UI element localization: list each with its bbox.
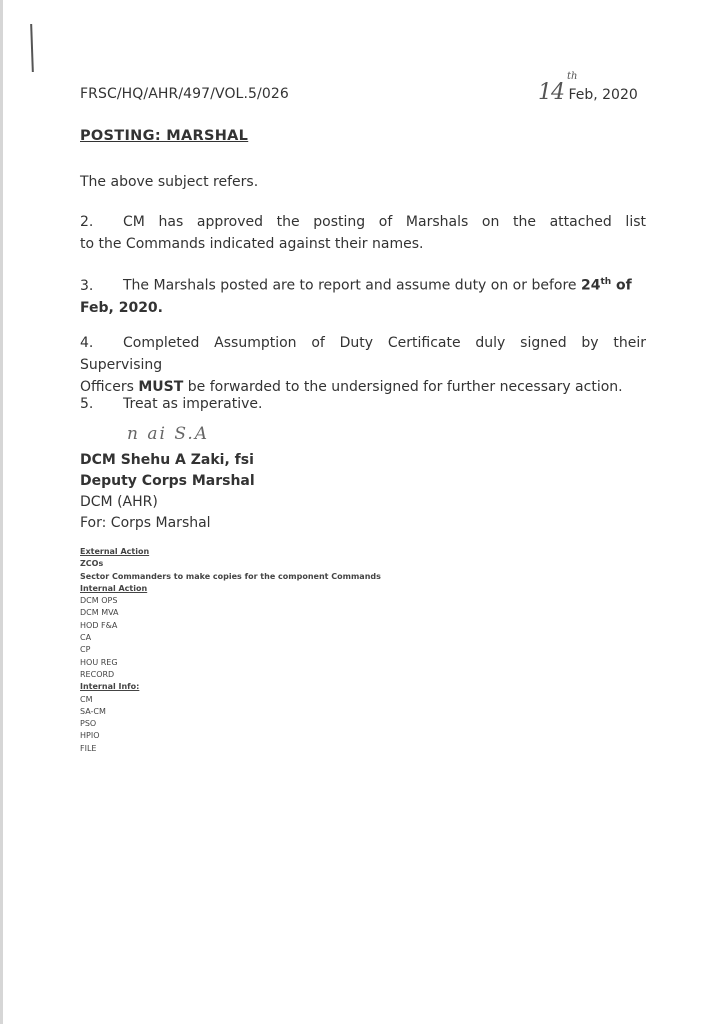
reference-number: FRSC/HQ/AHR/497/VOL.5/026	[80, 86, 289, 102]
paragraph-text: Treat as imperative.	[123, 396, 263, 412]
distribution-item: DCM MVA	[80, 607, 381, 619]
distribution-item: RECORD	[80, 669, 381, 681]
distribution-item: DCM OPS	[80, 595, 381, 607]
scan-mark	[30, 24, 34, 72]
paragraph-number: 3.	[80, 275, 123, 297]
distribution-heading-external: External Action	[80, 546, 381, 558]
distribution-item: HOD F&A	[80, 620, 381, 632]
scan-edge	[0, 0, 3, 1024]
distribution-heading-internal-info: Internal Info:	[80, 681, 381, 693]
subject-heading: POSTING: MARSHAL	[80, 128, 248, 144]
date-day-handwritten: 14	[538, 80, 564, 105]
distribution-item: PSO	[80, 718, 381, 730]
paragraph-text: The above subject refers.	[80, 174, 258, 190]
distribution-item: CA	[80, 632, 381, 644]
paragraph-3: 3.The Marshals posted are to report and …	[80, 271, 646, 319]
paragraph-1: The above subject refers.	[80, 171, 646, 193]
paragraph-5: 5.Treat as imperative.	[80, 393, 646, 415]
deadline-month-year: Feb, 2020.	[80, 300, 163, 316]
signatory-rank: Deputy Corps Marshal	[80, 471, 255, 492]
paragraph-4: 4.Completed Assumption of Duty Certifica…	[80, 332, 646, 398]
letter-date: 14 th Feb, 2020	[538, 80, 638, 105]
handwritten-signature: n ai S.A	[127, 424, 209, 444]
distribution-item: SA-CM	[80, 706, 381, 718]
paragraph-number: 4.	[80, 332, 123, 354]
paragraph-text: Completed Assumption of Duty Certificate…	[80, 335, 646, 373]
distribution-item: HPIO	[80, 730, 381, 742]
distribution-item: CP	[80, 644, 381, 656]
deadline-day: 24	[581, 278, 600, 294]
distribution-item: ZCOs	[80, 558, 381, 570]
distribution-item: FILE	[80, 743, 381, 755]
paragraph-text: CM has approved the posting of Marshals …	[123, 214, 646, 230]
signatory-for: For: Corps Marshal	[80, 513, 255, 534]
paragraph-text: The Marshals posted are to report and as…	[123, 278, 581, 294]
distribution-heading-internal-action: Internal Action	[80, 583, 381, 595]
date-month-year: Feb, 2020	[568, 87, 637, 103]
paragraph-line: 2.CM has approved the posting of Marshal…	[80, 211, 646, 233]
signatory-office: DCM (AHR)	[80, 492, 255, 513]
paragraph-line: 4.Completed Assumption of Duty Certifica…	[80, 332, 646, 376]
signatory-block: DCM Shehu A Zaki, fsi Deputy Corps Marsh…	[80, 450, 255, 534]
paragraph-2: 2.CM has approved the posting of Marshal…	[80, 211, 646, 255]
distribution-item: HOU REG	[80, 657, 381, 669]
distribution-list: External Action ZCOs Sector Commanders t…	[80, 546, 381, 755]
paragraph-number: 2.	[80, 211, 123, 233]
distribution-item: CM	[80, 694, 381, 706]
paragraph-text: to the Commands indicated against their …	[80, 236, 423, 252]
date-day-suffix: th	[567, 71, 577, 82]
paragraph-number: 5.	[80, 393, 123, 415]
deadline-of: of	[611, 278, 632, 294]
distribution-item: Sector Commanders to make copies for the…	[80, 571, 381, 583]
signatory-name: DCM Shehu A Zaki, fsi	[80, 450, 255, 471]
deadline-suffix: th	[600, 277, 611, 287]
